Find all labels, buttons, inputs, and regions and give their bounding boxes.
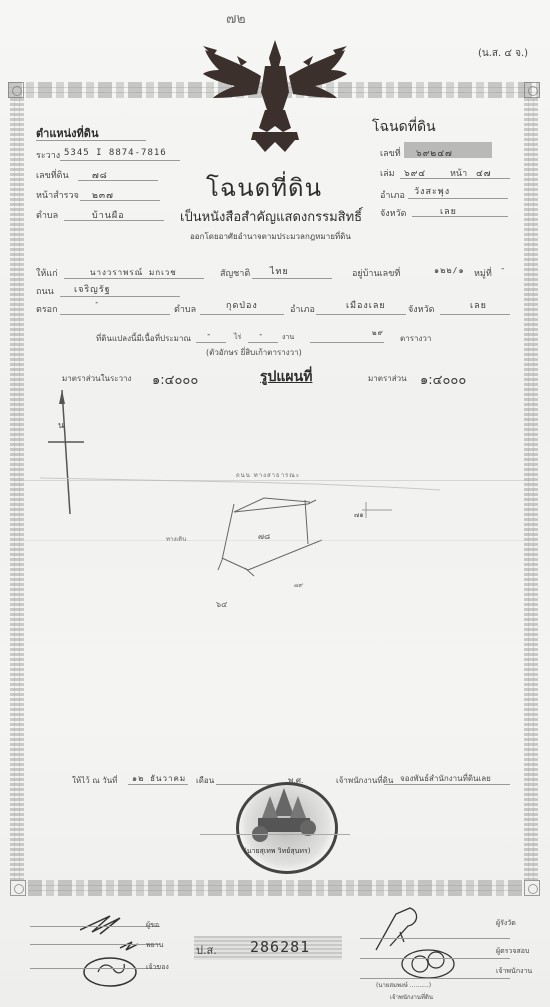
- east-neighbor-label: ๗๑: [354, 510, 364, 521]
- west-neighbor-label: ทางเดิน: [166, 534, 186, 544]
- sign-label-owner: เจ้าของ: [146, 962, 169, 973]
- owner-tambon-label: ตำบล: [174, 302, 196, 316]
- form-code: (น.ส. ๔ จ.): [478, 46, 528, 61]
- sign-label-officer: เจ้าพนักงาน: [496, 966, 532, 977]
- province-label: จังหวัด: [380, 206, 407, 220]
- serial-prefix: ป.ส.: [196, 941, 217, 959]
- north-label: น: [58, 418, 64, 432]
- right-signatory-name: (นายสมพงษ์ ..........): [376, 980, 431, 990]
- official-label: เจ้าพนักงานที่ดิน: [336, 774, 393, 787]
- amphoe-value: วังสะพุง: [414, 184, 450, 198]
- area-wa-value: ๒๙: [372, 328, 384, 339]
- month-label: เดือน: [196, 774, 214, 787]
- area-in-words: (ตัวอักษร ยี่สิบเก้าตารางวา): [206, 346, 302, 359]
- nationality-label: สัญชาติ: [220, 266, 250, 280]
- soi-label: ตรอก: [36, 302, 58, 316]
- land-title-deed: ๗๒ (น.ส. ๔ จ.) ตำแหน่งที่ดิน ระวาง 5345 …: [0, 0, 550, 1007]
- moo-label: หมู่ที่: [474, 266, 492, 280]
- sign-label-witness: พยาน: [146, 940, 163, 951]
- sign-label-inspector: ผู้ตรวจสอบ: [496, 946, 529, 957]
- right-signature-icon: [370, 902, 490, 982]
- map-sheet-label: ระวาง: [36, 148, 60, 162]
- owner-amphoe-value: เมืองเลย: [346, 298, 386, 312]
- garuda-emblem-icon: [195, 36, 355, 156]
- south-neighbor-label: ๗๙: [294, 580, 303, 590]
- corner-ornament: [524, 82, 540, 98]
- bottom-border: [28, 880, 522, 896]
- bottom-neighbor-label: ๖๔: [216, 598, 227, 611]
- seal-emblem-icon: [246, 786, 322, 846]
- house-number-value: ๑๒๒/๑: [434, 264, 465, 277]
- tambon-label: ตำบล: [36, 208, 58, 222]
- right-signatory-title: เจ้าพนักงานที่ดิน: [390, 992, 433, 1002]
- house-number-label: อยู่บ้านเลขที่: [352, 266, 400, 280]
- area-ngan-unit: งาน: [282, 332, 294, 343]
- soi-value: -: [94, 298, 100, 308]
- parcel-number-label: ๗๘: [258, 530, 270, 543]
- area-rai-unit: ไร่: [234, 332, 241, 343]
- left-signature-icon: [80, 908, 180, 988]
- legal-basis-text: ออกโดยอาศัยอำนาจตามประมวลกฎหมายที่ดิน: [190, 230, 351, 243]
- survey-page-label: หน้าสำรวจ: [36, 188, 79, 202]
- seal-signatory-name: (นายสุเทพ วิทย์สุนทร): [244, 846, 310, 857]
- road-label: ถนน: [36, 284, 54, 298]
- deed-number-label: เลขที่: [380, 146, 401, 160]
- corner-ornament: [10, 880, 26, 896]
- area-ngan-value: -: [258, 330, 264, 340]
- fold-line: [14, 540, 534, 541]
- document-title: โฉนดที่ดิน: [206, 168, 322, 207]
- owner-tambon-value: กุดป่อง: [226, 298, 258, 312]
- fold-line: [14, 480, 534, 481]
- area-wa-unit: ตารางวา: [400, 332, 431, 345]
- area-rai-value: -: [206, 330, 212, 340]
- owner-amphoe-label: อำเภอ: [290, 302, 315, 316]
- road-label-map: ถนน ทางสาธารณะ: [236, 470, 300, 480]
- corner-ornament: [8, 82, 24, 98]
- parcel-map: [40, 380, 440, 640]
- serial-number: 286281: [250, 938, 310, 956]
- corner-ornament: [524, 880, 540, 896]
- land-number-label: เลขที่ดิน: [36, 168, 69, 182]
- issued-at-label: ให้ไว้ ณ วันที่: [72, 774, 117, 787]
- owner-province-value: เลย: [470, 298, 487, 312]
- amphoe-label: อำเภอ: [380, 188, 405, 202]
- owner-label: ให้แก่: [36, 266, 58, 280]
- deed-number-value: ๖๙๒๔๗: [416, 146, 453, 160]
- left-border: [10, 98, 24, 880]
- sign-label-surveyor: ผู้รังวัด: [496, 918, 516, 929]
- document-subtitle: เป็นหนังสือสำคัญแสดงกรรมสิทธิ์: [180, 206, 362, 227]
- moo-value: -: [500, 264, 506, 274]
- road-value: เจริญรัฐ: [74, 282, 111, 296]
- sign-label-applicant: ผู้ขอ: [146, 920, 159, 931]
- area-label: ที่ดินแปลงนี้มีเนื้อที่ประมาณ: [96, 332, 191, 345]
- map-sheet-value: 5345 I 8874-7816: [64, 148, 167, 158]
- deed-heading: โฉนดที่ดิน: [372, 116, 436, 138]
- owner-province-label: จังหวัด: [408, 302, 435, 316]
- nationality-value: ไทย: [270, 264, 289, 278]
- right-border: [524, 98, 538, 880]
- volume-label: เล่ม: [380, 166, 395, 180]
- handwritten-mark: ๗๒: [226, 8, 246, 30]
